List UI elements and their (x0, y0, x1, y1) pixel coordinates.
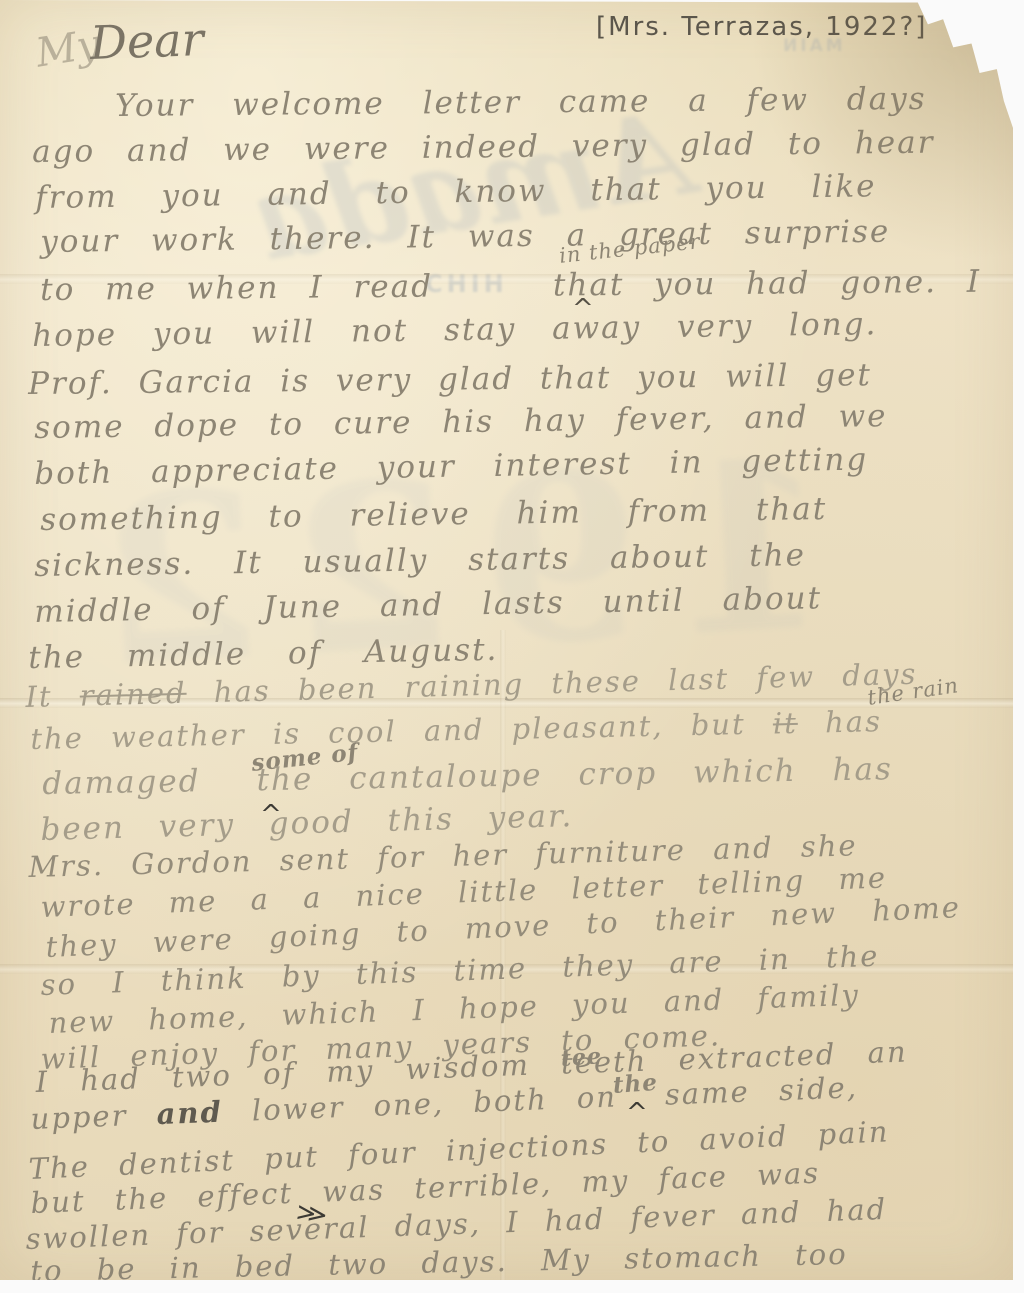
handwriting-line: Prof. Garcia is very glad that you will … (28, 357, 872, 402)
archival-annotation: [Mrs. Terrazas, 1922?] (596, 12, 946, 42)
insertion-gap (201, 790, 257, 791)
caret-icon: ^ (626, 1098, 648, 1128)
insertion-gap (433, 296, 553, 297)
letter-page: 1922 Amada CHIH MAIN [Mrs. Terrazas, 192… (0, 0, 1013, 1280)
handwriting-line: the weather is cool and pleasant, but it… (30, 704, 882, 756)
handwriting-line: hope you will not stay away very long. (32, 306, 878, 354)
handwriting-line: middle of June and lasts until about (34, 580, 822, 630)
overwritten-word: and (156, 1095, 223, 1132)
handwriting-line: both appreciate your interest in getting (34, 441, 868, 492)
handwriting-line: from you and to know that you like (35, 168, 877, 216)
struck-word: rained (79, 676, 187, 713)
handwriting-line: something to relieve him from that (40, 491, 827, 538)
handwriting-line: to me when I readthat you had gone. I (40, 264, 981, 308)
handwriting-line: sickness. It usually starts about the (34, 537, 806, 584)
handwriting-line: your work there. It was a great surprise (40, 214, 891, 260)
salutation: Dear (89, 12, 204, 70)
handwriting-line: Your welcome letter came a few days (115, 81, 927, 124)
handwriting-line: ago and we were indeed very glad to hear (32, 125, 935, 170)
handwriting-line: some dope to cure his hay fever, and we (34, 398, 888, 446)
struck-word: it (773, 706, 799, 741)
handwriting-line: damagedthe cantaloupe crop which has (42, 751, 893, 802)
